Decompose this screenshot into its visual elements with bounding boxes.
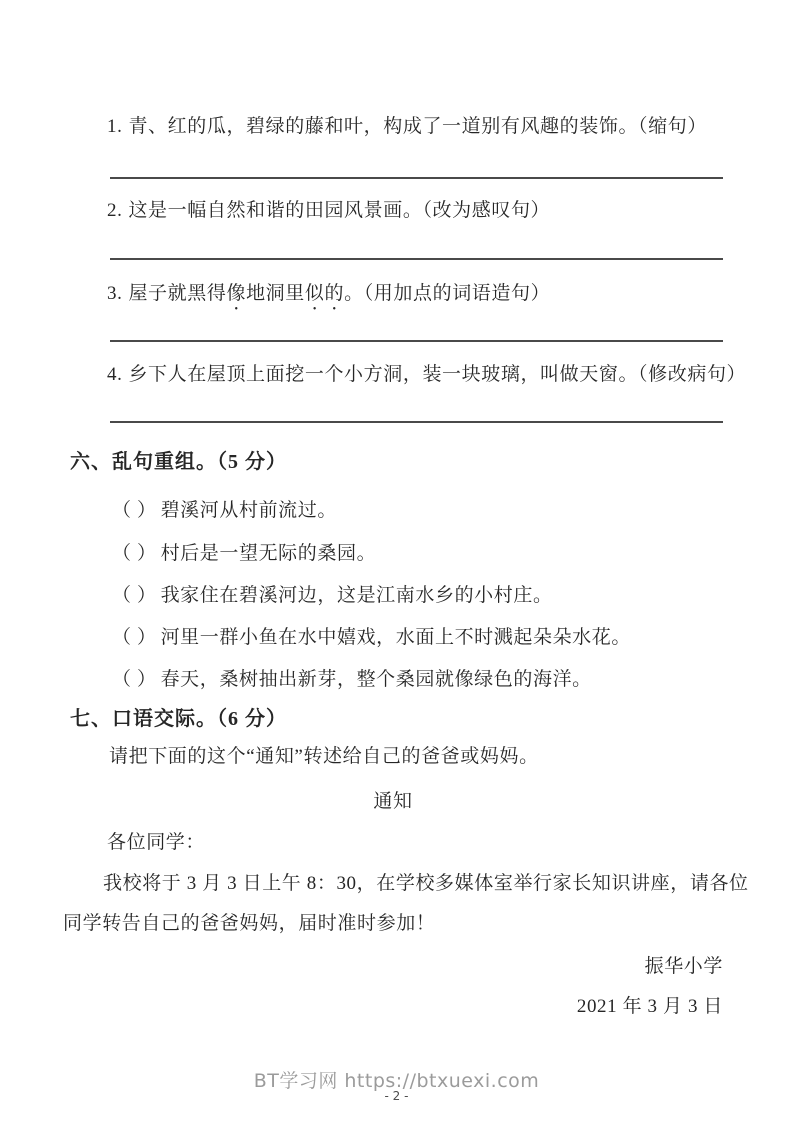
answer-parens-3: （ ） — [112, 585, 157, 606]
reorder-item-1-text: 碧溪河从村前流过。 — [161, 500, 337, 521]
reorder-item-2-text: 村后是一望无际的桑园。 — [161, 543, 377, 564]
question-3-text-mid: 地洞里 — [246, 283, 305, 304]
section-7-header: 七、口语交际。（6 分） — [70, 702, 287, 731]
section-7-instruction: 请把下面的这个“通知”转述给自己的爸爸或妈妈。 — [109, 741, 539, 768]
notice-date: 2021 年 3 月 3 日 — [63, 991, 723, 1018]
answer-parens-1: （ ） — [112, 500, 157, 521]
reorder-item-3-text: 我家住在碧溪河边，这是江南水乡的小村庄。 — [161, 585, 553, 606]
reorder-item-5-text: 春天，桑树抽出新芽，整个桑园就像绿色的海洋。 — [161, 669, 592, 690]
question-1: 1.青、红的瓜，碧绿的藤和叶，构成了一道别有风趣的装饰。（缩句） — [107, 114, 707, 140]
question-2: 2.这是一幅自然和谐的田园风景画。（改为感叹句） — [107, 198, 550, 224]
reorder-item-5: （ ）春天，桑树抽出新芽，整个桑园就像绿色的海洋。 — [112, 664, 592, 691]
reorder-item-4: （ ）河里一群小鱼在水中嬉戏，水面上不时溅起朵朵水花。 — [112, 622, 631, 649]
answer-parens-5: （ ） — [112, 669, 157, 690]
reorder-item-1: （ ）碧溪河从村前流过。 — [112, 495, 337, 522]
question-3-text-post: 。（用加点的词语造句） — [344, 283, 550, 304]
reorder-item-4-text: 河里一群小鱼在水中嬉戏，水面上不时溅起朵朵水花。 — [161, 627, 631, 648]
question-2-text: 这是一幅自然和谐的田园风景画。（改为感叹句） — [128, 200, 550, 221]
question-3: 3.屋子就黑得像地洞里似的。（用加点的词语造句） — [107, 281, 550, 315]
notice-body-line-2: 同学转告自己的爸爸妈妈，届时准时参加！ — [63, 908, 435, 935]
question-3-dotted-word-2: 似的 — [305, 283, 344, 304]
question-3-dotted-word-1: 像 — [226, 283, 246, 304]
answer-line-4 — [110, 421, 723, 423]
notice-title: 通知 — [63, 786, 723, 813]
reorder-item-2: （ ）村后是一望无际的桑园。 — [112, 538, 376, 565]
answer-parens-4: （ ） — [112, 627, 157, 648]
answer-line-1 — [110, 177, 723, 179]
question-2-number: 2. — [107, 200, 122, 221]
section-6-header: 六、乱句重组。（5 分） — [70, 445, 287, 474]
exam-paper-page: 1.青、红的瓜，碧绿的藤和叶，构成了一道别有风趣的装饰。（缩句） 2.这是一幅自… — [0, 0, 793, 1122]
question-3-text-pre: 屋子就黑得 — [128, 283, 226, 304]
notice-salutation: 各位同学： — [107, 827, 205, 854]
notice-body-line-1: 我校将于 3 月 3 日上午 8：30，在学校多媒体室举行家长知识讲座，请各位 — [103, 868, 749, 895]
page-number: - 2 - — [0, 1089, 793, 1103]
answer-line-3 — [110, 340, 723, 342]
answer-line-2 — [110, 258, 723, 260]
question-4-text: 乡下人在屋顶上面挖一个小方洞，装一块玻璃，叫做天窗。（修改病句） — [128, 364, 746, 385]
reorder-item-3: （ ）我家住在碧溪河边，这是江南水乡的小村庄。 — [112, 580, 553, 607]
question-3-number: 3. — [107, 283, 122, 304]
notice-signature: 振华小学 — [63, 951, 723, 978]
answer-parens-2: （ ） — [112, 543, 157, 564]
question-4: 4.乡下人在屋顶上面挖一个小方洞，装一块玻璃，叫做天窗。（修改病句） — [107, 362, 746, 388]
question-1-text: 青、红的瓜，碧绿的藤和叶，构成了一道别有风趣的装饰。（缩句） — [128, 116, 707, 137]
question-4-number: 4. — [107, 364, 122, 385]
question-1-number: 1. — [107, 116, 122, 137]
